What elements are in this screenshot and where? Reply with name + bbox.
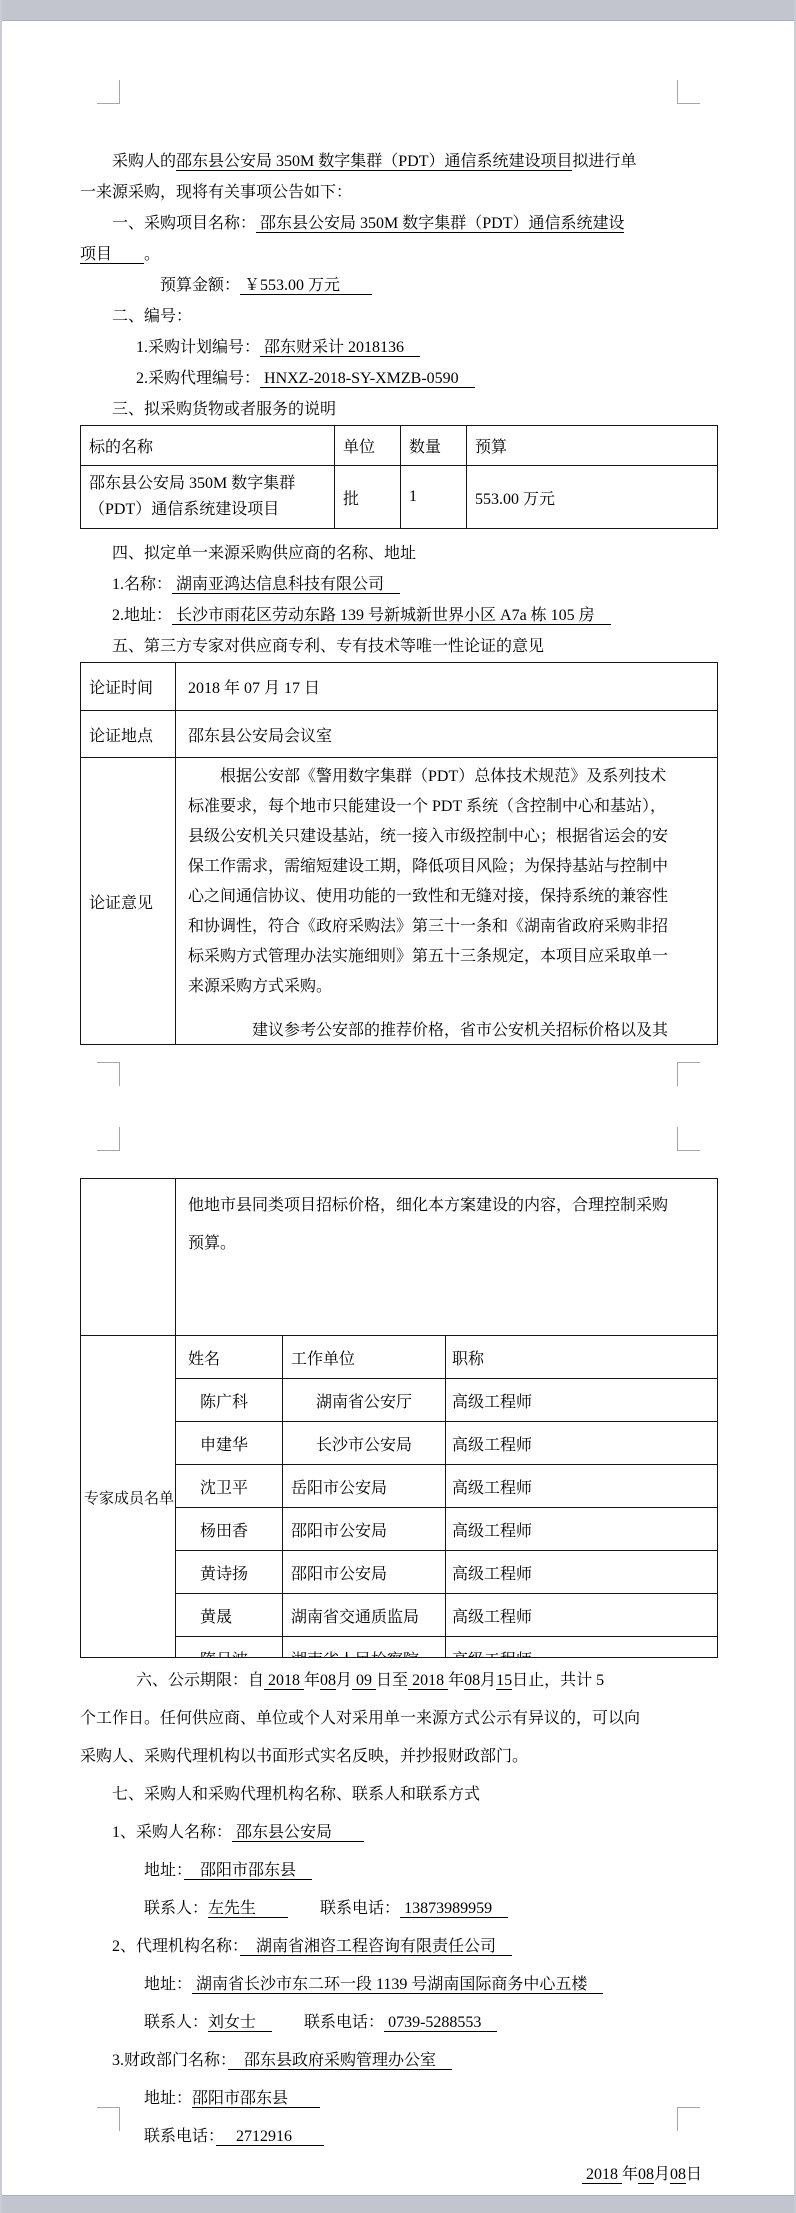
- text-segment: 二、编号：: [112, 308, 192, 325]
- text-segment: 采购人的: [112, 153, 176, 170]
- underlined-text: 08: [670, 2166, 686, 2184]
- expert-title-cell: 高级工程师: [446, 1508, 717, 1550]
- expert-opinion-table: 论证时间 2018 年 07 月 17 日 论证地点 邵东县公安局会议室 论证意…: [80, 662, 718, 1045]
- text-line: 2.地址： 长沙市雨花区劳动东路 139 号新城新世界小区 A7a 栋 105 …: [80, 600, 720, 631]
- text-line: 2、代理机构名称： 湖南省湘咨工程咨询有限责任公司: [80, 1928, 720, 1966]
- text-segment: 2.采购代理编号：: [136, 370, 260, 387]
- text-segment: 七、采购人和采购代理机构名称、联系人和联系方式: [112, 1786, 480, 1803]
- underlined-text: ￥553.00 万元: [240, 277, 372, 295]
- underlined-text: 刘女士: [208, 2014, 272, 2032]
- expert-table-row-clipped: 隋吕波 湖南省人民检察院 高级工程师: [176, 1637, 717, 1658]
- underlined-text: 邵阳市邵东县: [184, 1862, 312, 1880]
- page-bottom-margin-area: [0, 2195, 796, 2213]
- text-segment: 月: [654, 2166, 670, 2183]
- expert-list-label: 专家成员名单: [81, 1336, 176, 1658]
- expert-title-cell: 高级工程师: [446, 1551, 717, 1593]
- expert-title-cell: 高级工程师: [446, 1637, 717, 1658]
- underlined-text: 湖南亚鸿达信息科技有限公司: [172, 576, 400, 594]
- text-segment: 和协调性，符合《政府采购法》第三十一条和《湖南省政府采购非招: [188, 918, 668, 935]
- text-line: 县级公安机关只建设基站，统一接入市级控制中心；根据省运会的安: [188, 822, 711, 852]
- expert-title-cell: 高级工程师: [446, 1465, 717, 1507]
- text-segment: 拟进行单: [572, 153, 636, 170]
- underlined-text: 0739-5288553: [384, 2014, 497, 2032]
- underlined-text: 2712916: [216, 2128, 324, 2146]
- expert-name-cell: 沈卫平: [176, 1465, 283, 1507]
- expert-list-table: 姓名 工作单位 职称 陈广科 湖南省公安厅 高级工程师 申建华 长沙市公安局 高…: [176, 1336, 717, 1658]
- underlined-text: 13873989959: [400, 1900, 508, 1918]
- items-header-unit: 单位: [334, 426, 400, 465]
- page-top-margin-area: [0, 0, 796, 21]
- text-segment: 三、拟采购货物或者服务的说明: [112, 401, 336, 418]
- underlined-text: 15: [496, 1672, 512, 1690]
- text-segment: 月: [480, 1672, 496, 1689]
- text-segment: 。: [144, 246, 160, 263]
- underlined-text: 左先生: [208, 1900, 288, 1918]
- crop-mark: [677, 1062, 700, 1086]
- text-segment: 县级公安机关只建设基站，统一接入市级控制中心；根据省运会的安: [188, 828, 668, 845]
- text-line: 1、采购人名称： 邵东县公安局: [80, 1814, 720, 1852]
- text-line: 项目 。: [80, 239, 720, 270]
- text-line: 保工作需求，需缩短建设工期，降低项目风险；为保持基站与控制中: [188, 852, 711, 882]
- expert-org-cell: 邵阳市公安局: [283, 1508, 446, 1550]
- opinion-content-text: 根据公安部《警用数字集群（PDT）总体技术规范》及系列技术标准要求，每个地市只能…: [176, 758, 717, 1044]
- items-header-budget: 预算: [466, 426, 717, 465]
- item-name-cell: 邵东县公安局 350M 数字集群（PDT）通信系统建设项目: [81, 466, 334, 528]
- opinion-time-value: 2018 年 07 月 17 日: [176, 663, 717, 710]
- text-segment: 预算金额：: [160, 277, 240, 294]
- text-line: 采购人、采购代理机构以书面形式实名反映，并抄报财政部门。: [80, 1738, 720, 1776]
- opinion-place-label: 论证地点: [81, 711, 176, 757]
- expert-table-row: 沈卫平 岳阳市公安局 高级工程师: [176, 1465, 717, 1508]
- text-segment: 保工作需求，需缩短建设工期，降低项目风险；为保持基站与控制中: [188, 858, 668, 875]
- text-segment: 年: [622, 2166, 638, 2183]
- text-segment: 日至: [376, 1672, 408, 1689]
- text-line: 三、拟采购货物或者服务的说明: [80, 394, 720, 425]
- text-segment: 月: [336, 1672, 352, 1689]
- text-line: 根据公安部《警用数字集群（PDT）总体技术规范》及系列技术: [188, 762, 711, 792]
- expert-table-row: 陈广科 湖南省公安厅 高级工程师: [176, 1379, 717, 1422]
- underlined-text: 湖南省长沙市东二环一段 1139 号湖南国际商务中心五楼: [192, 1976, 603, 1994]
- text-line: 2.采购代理编号： HNXZ-2018-SY-XMZB-0590: [80, 363, 720, 394]
- text-line: 地址： 邵阳市邵东县: [80, 1852, 720, 1890]
- text-segment: 日止，共计 5: [512, 1672, 604, 1689]
- text-segment: 标准要求，每个地市只能建设一个 PDT 系统（含控制中心和基站），: [188, 798, 666, 815]
- text-line: 1.采购计划编号： 邵东财采计 2018136: [80, 332, 720, 363]
- text-segment: 预算。: [188, 1235, 236, 1252]
- expert-name-cell: 黄诗扬: [176, 1551, 283, 1593]
- expert-header-name: 姓名: [176, 1336, 283, 1378]
- expert-org-cell: 长沙市公安局: [283, 1422, 446, 1464]
- crop-mark: [677, 80, 700, 104]
- procurement-items-table: 标的名称 单位 数量 预算 邵东县公安局 350M 数字集群（PDT）通信系统建…: [80, 425, 718, 529]
- text-line: 五、第三方专家对供应商专利、专有技术等唯一性论证的意见: [80, 631, 720, 662]
- text-line: 一、采购项目名称： 邵东县公安局 350M 数字集群（PDT）通信系统建设: [80, 208, 720, 239]
- text-line: 预算。: [188, 1225, 711, 1263]
- text-line: 地址： 湖南省长沙市东二环一段 1139 号湖南国际商务中心五楼: [80, 1966, 720, 2004]
- text-line: 二、编号：: [80, 301, 720, 332]
- text-segment: 采购人、采购代理机构以书面形式实名反映，并抄报财政部门。: [80, 1748, 528, 1765]
- underlined-text: HNXZ-2018-SY-XMZB-0590: [260, 370, 475, 388]
- text-segment: 联系人：: [144, 1900, 208, 1917]
- text-segment: 建议参考公安部的推荐价格，省市公安机关招标价格以及其: [252, 1022, 668, 1039]
- text-line: 一来源采购，现将有关事项公告如下：: [80, 177, 720, 208]
- text-segment: 一、采购项目名称：: [112, 215, 256, 232]
- text-line: 联系人：左先生 联系电话： 13873989959: [80, 1890, 720, 1928]
- underlined-text: 邵阳市邵东县: [192, 2090, 320, 2108]
- text-segment: 联系电话：: [144, 2128, 216, 2145]
- expert-name-cell: 黄晟: [176, 1594, 283, 1636]
- text-line: 联系人：刘女士 联系电话： 0739-5288553: [80, 2004, 720, 2042]
- underlined-text: 邵东县公安局 350M 数字集群（PDT）通信系统建设项目: [176, 153, 572, 171]
- text-line: 3.财政部门名称： 邵东县政府采购管理办公室: [80, 2042, 720, 2080]
- expert-org-cell: 湖南省交通质监局: [283, 1594, 446, 1636]
- crop-mark: [677, 1127, 700, 1151]
- item-qty-cell: 1: [400, 466, 466, 528]
- expert-org-cell: 岳阳市公安局: [283, 1465, 446, 1507]
- page-left-edge: [0, 0, 2, 2213]
- text-segment: 他地市县同类项目招标价格，细化本方案建设的内容，合理控制采购: [188, 1197, 668, 1214]
- items-header-name: 标的名称: [81, 426, 334, 465]
- expert-table-row: 黄晟 湖南省交通质监局 高级工程师: [176, 1594, 717, 1637]
- expert-org-cell: 邵阳市公安局: [283, 1551, 446, 1593]
- underlined-text: 长沙市雨花区劳动东路 139 号新城新世界小区 A7a 栋 105 房: [172, 607, 611, 625]
- underlined-text: 08: [320, 1672, 336, 1690]
- text-line: 1.名称： 湖南亚鸿达信息科技有限公司: [80, 569, 720, 600]
- expert-org-cell: 湖南省人民检察院: [283, 1637, 446, 1658]
- underlined-text: 湖南省湘咨工程咨询有限责任公司: [240, 1938, 512, 1956]
- underlined-text: 08: [464, 1672, 480, 1690]
- expert-list-section: 专家成员名单 姓名 工作单位 职称 陈广科 湖南省公安厅 高级工程师 申建华 长…: [81, 1336, 717, 1658]
- text-line: 联系电话： 2712916: [80, 2118, 720, 2156]
- opinion-continuation-label-empty: [81, 1179, 176, 1335]
- opinion-content-label: 论证意见: [81, 758, 176, 1044]
- text-segment: 地址：: [144, 2090, 192, 2107]
- opinion-place-value: 邵东县公安局会议室: [176, 711, 717, 757]
- underlined-text: 2018: [264, 1672, 304, 1690]
- text-segment: [288, 1900, 320, 1917]
- text-segment: 1.名称：: [112, 576, 172, 593]
- expert-title-cell: 高级工程师: [446, 1379, 717, 1421]
- crop-mark: [97, 80, 120, 104]
- expert-table-header-row: 姓名 工作单位 职称: [176, 1336, 717, 1379]
- expert-opinion-table-continued: 他地市县同类项目招标价格，细化本方案建设的内容，合理控制采购预算。 专家成员名单…: [80, 1178, 718, 1658]
- text-segment: 来源采购方式采购。: [188, 978, 332, 995]
- underlined-text: 09: [352, 1672, 376, 1690]
- intro-paragraphs: 采购人的邵东县公安局 350M 数字集群（PDT）通信系统建设项目拟进行单一来源…: [80, 146, 720, 425]
- expert-name-cell: 隋吕波: [176, 1637, 283, 1658]
- expert-title-cell: 高级工程师: [446, 1594, 717, 1636]
- text-segment: 联系人：: [144, 2014, 208, 2031]
- closing-paragraphs: 六、公示期限：自 2018 年08月 09 日至 2018 年08月15日止，共…: [80, 1662, 720, 2194]
- opinion-time-label: 论证时间: [81, 663, 176, 710]
- text-segment: 五、第三方专家对供应商专利、专有技术等唯一性论证的意见: [112, 638, 544, 655]
- underlined-text: 邵东县公安局 350M 数字集群（PDT）通信系统建设: [256, 215, 624, 233]
- text-segment: 3.财政部门名称：: [112, 2052, 228, 2069]
- expert-name-cell: 申建华: [176, 1422, 283, 1464]
- text-segment: 联系电话：: [320, 1900, 400, 1917]
- expert-org-cell: 湖南省公安厅: [283, 1379, 446, 1421]
- crop-mark: [97, 1062, 120, 1086]
- expert-name-cell: 陈广科: [176, 1379, 283, 1421]
- text-line: 他地市县同类项目招标价格，细化本方案建设的内容，合理控制采购: [188, 1187, 711, 1225]
- text-segment: 年: [448, 1672, 464, 1689]
- text-line: 四、拟定单一来源采购供应商的名称、地址: [80, 538, 720, 569]
- text-line: 地址：邵阳市邵东县: [80, 2080, 720, 2118]
- text-segment: 标采购方式管理办法实施细则》第五十三条规定，本项目应采取单一: [188, 948, 668, 965]
- underlined-text: 邵东县政府采购管理办公室: [228, 2052, 452, 2070]
- text-segment: [272, 2014, 304, 2031]
- text-line: 和协调性，符合《政府采购法》第三十一条和《湖南省政府采购非招: [188, 912, 711, 942]
- text-segment: 一来源采购，现将有关事项公告如下：: [80, 184, 352, 201]
- text-segment: 1.采购计划编号：: [136, 339, 260, 356]
- text-segment: 2.地址：: [112, 607, 172, 624]
- expert-table-row: 申建华 长沙市公安局 高级工程师: [176, 1422, 717, 1465]
- expert-table-row: 黄诗扬 邵阳市公安局 高级工程师: [176, 1551, 717, 1594]
- underlined-text: 2018: [408, 1672, 448, 1690]
- supplier-paragraphs: 四、拟定单一来源采购供应商的名称、地址1.名称： 湖南亚鸿达信息科技有限公司 2…: [80, 538, 720, 662]
- expert-name-cell: 杨田香: [176, 1508, 283, 1550]
- expert-table-row: 杨田香 邵阳市公安局 高级工程师: [176, 1508, 717, 1551]
- items-table-row: 邵东县公安局 350M 数字集群（PDT）通信系统建设项目 批 1 553.00…: [81, 465, 717, 528]
- text-line: 预算金额： ￥553.00 万元: [80, 270, 720, 301]
- document-page: 采购人的邵东县公安局 350M 数字集群（PDT）通信系统建设项目拟进行单一来源…: [0, 0, 796, 2213]
- expert-header-org: 工作单位: [283, 1336, 446, 1378]
- crop-mark: [97, 1127, 120, 1151]
- text-segment: 联系电话：: [304, 2014, 384, 2031]
- underlined-text: 项目: [80, 246, 144, 264]
- text-line: 个工作日。任何供应商、单位或个人对采用单一来源方式公示有异议的，可以向: [80, 1700, 720, 1738]
- text-segment: 个工作日。任何供应商、单位或个人对采用单一来源方式公示有异议的，可以向: [80, 1710, 640, 1727]
- text-segment: 地址：: [144, 1976, 192, 1993]
- text-segment: 根据公安部《警用数字集群（PDT）总体技术规范》及系列技术: [220, 768, 666, 785]
- text-segment: 心之间通信协议、使用功能的一致性和无缝对接，保持系统的兼容性: [188, 888, 668, 905]
- text-line: 建议参考公安部的推荐价格，省市公安机关招标价格以及其: [188, 1016, 711, 1046]
- text-segment: 四、拟定单一来源采购供应商的名称、地址: [112, 545, 416, 562]
- text-segment: 六、公示期限：自: [136, 1672, 264, 1689]
- opinion-continuation-row: 他地市县同类项目招标价格，细化本方案建设的内容，合理控制采购预算。: [81, 1179, 717, 1336]
- text-segment: 日: [686, 2166, 702, 2183]
- expert-header-title: 职称: [446, 1336, 717, 1378]
- text-line: 六、公示期限：自 2018 年08月 09 日至 2018 年08月15日止，共…: [80, 1662, 720, 1700]
- items-table-header-row: 标的名称 单位 数量 预算: [81, 426, 717, 465]
- text-segment: 1、采购人名称：: [112, 1824, 232, 1841]
- text-line: 七、采购人和采购代理机构名称、联系人和联系方式: [80, 1776, 720, 1814]
- item-unit-cell: 批: [334, 466, 400, 528]
- text-segment: 地址：: [144, 1862, 184, 1879]
- text-line: 心之间通信协议、使用功能的一致性和无缝对接，保持系统的兼容性: [188, 882, 711, 912]
- text-line: 标准要求，每个地市只能建设一个 PDT 系统（含控制中心和基站），: [188, 792, 711, 822]
- underlined-text: 08: [638, 2166, 654, 2184]
- text-segment: 年: [304, 1672, 320, 1689]
- underlined-text: 邵东县公安局: [232, 1824, 364, 1842]
- underlined-text: 邵东财采计 2018136: [260, 339, 420, 357]
- text-line: 来源采购方式采购。: [188, 972, 711, 1002]
- text-line: 2018 年08月08日: [80, 2156, 720, 2194]
- opinion-content-row: 论证意见 根据公安部《警用数字集群（PDT）总体技术规范》及系列技术标准要求，每…: [81, 757, 717, 1044]
- expert-title-cell: 高级工程师: [446, 1422, 717, 1464]
- items-header-qty: 数量: [400, 426, 466, 465]
- text-line: 采购人的邵东县公安局 350M 数字集群（PDT）通信系统建设项目拟进行单: [80, 146, 720, 177]
- opinion-continuation-text: 他地市县同类项目招标价格，细化本方案建设的内容，合理控制采购预算。: [176, 1179, 717, 1335]
- opinion-place-row: 论证地点 邵东县公安局会议室: [81, 710, 717, 757]
- opinion-time-row: 论证时间 2018 年 07 月 17 日: [81, 663, 717, 710]
- text-segment: 2、代理机构名称：: [112, 1938, 240, 1955]
- text-line: 标采购方式管理办法实施细则》第五十三条规定，本项目应采取单一: [188, 942, 711, 972]
- underlined-text: 2018: [582, 2166, 622, 2184]
- item-budget-cell: 553.00 万元: [466, 466, 717, 528]
